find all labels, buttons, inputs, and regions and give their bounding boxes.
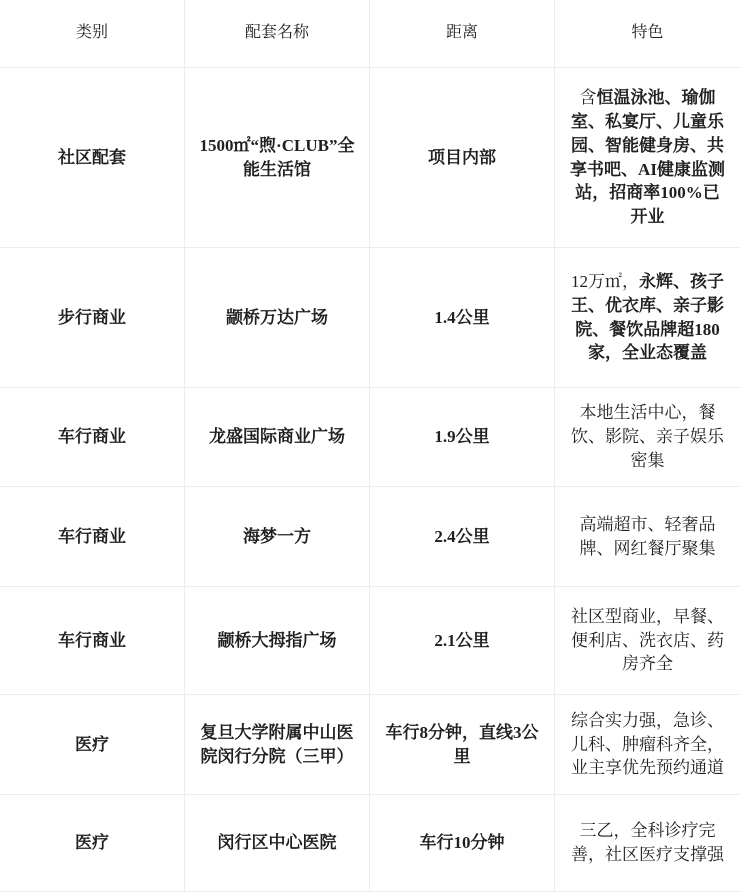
table-row: 医疗 复旦大学附属中山医院闵行分院（三甲） 车行8分钟，直线3公里 综合实力强，… <box>0 695 740 795</box>
category-cell: 车行商业 <box>0 388 185 487</box>
table-row: 医疗 闵行区中心医院 车行10分钟 三乙，全科诊疗完善，社区医疗支撑强 <box>0 795 740 892</box>
table-row: 车行商业 颛桥大拇指广场 2.1公里 社区型商业，早餐、便利店、洗衣店、药房齐全 <box>0 587 740 695</box>
header-distance: 距离 <box>370 0 555 68</box>
feature-text: 本地生活中心，餐饮、影院、亲子娱乐密集 <box>571 403 724 470</box>
table-body: 社区配套 1500㎡“煦·CLUB”全能生活馆 项目内部 含恒温泳池、瑜伽室、私… <box>0 68 740 892</box>
distance-cell: 2.1公里 <box>370 587 555 695</box>
name-cell: 复旦大学附属中山医院闵行分院（三甲） <box>185 695 370 795</box>
table-row: 车行商业 龙盛国际商业广场 1.9公里 本地生活中心，餐饮、影院、亲子娱乐密集 <box>0 388 740 487</box>
category-cell: 医疗 <box>0 695 185 795</box>
table-row: 车行商业 海梦一方 2.4公里 高端超市、轻奢品牌、网红餐厅聚集 <box>0 487 740 587</box>
category-cell: 步行商业 <box>0 248 185 388</box>
distance-cell: 车行10分钟 <box>370 795 555 892</box>
feature-text: 高端超市、轻奢品牌、网红餐厅聚集 <box>580 515 716 558</box>
amenity-table: 类别 配套名称 距离 特色 社区配套 1500㎡“煦·CLUB”全能生活馆 项目… <box>0 0 740 892</box>
feature-cell: 社区型商业，早餐、便利店、洗衣店、药房齐全 <box>555 587 740 695</box>
distance-cell: 1.9公里 <box>370 388 555 487</box>
feature-text: 三乙，全科诊疗完善，社区医疗支撑强 <box>571 821 724 864</box>
feature-highlight: 恒温泳池、瑜伽室、私宴厅、儿童乐园、智能健身房、共享书吧、AI健康监测站，招商率… <box>570 88 725 226</box>
name-cell: 颛桥万达广场 <box>185 248 370 388</box>
table-header: 类别 配套名称 距离 特色 <box>0 0 740 68</box>
category-cell: 车行商业 <box>0 587 185 695</box>
category-cell: 车行商业 <box>0 487 185 587</box>
feature-text: 12万㎡， <box>571 272 639 291</box>
header-feature: 特色 <box>555 0 740 68</box>
header-category: 类别 <box>0 0 185 68</box>
feature-cell: 含恒温泳池、瑜伽室、私宴厅、儿童乐园、智能健身房、共享书吧、AI健康监测站，招商… <box>555 68 740 248</box>
name-cell: 颛桥大拇指广场 <box>185 587 370 695</box>
table-row: 社区配套 1500㎡“煦·CLUB”全能生活馆 项目内部 含恒温泳池、瑜伽室、私… <box>0 68 740 248</box>
distance-cell: 1.4公里 <box>370 248 555 388</box>
feature-cell: 综合实力强，急诊、儿科、肿瘤科齐全，业主享优先预约通道 <box>555 695 740 795</box>
feature-cell: 三乙，全科诊疗完善，社区医疗支撑强 <box>555 795 740 892</box>
category-cell: 医疗 <box>0 795 185 892</box>
name-cell: 1500㎡“煦·CLUB”全能生活馆 <box>185 68 370 248</box>
feature-cell: 本地生活中心，餐饮、影院、亲子娱乐密集 <box>555 388 740 487</box>
name-cell: 闵行区中心医院 <box>185 795 370 892</box>
feature-text: 社区型商业，早餐、便利店、洗衣店、药房齐全 <box>571 607 724 674</box>
category-cell: 社区配套 <box>0 68 185 248</box>
feature-text: 综合实力强，急诊、儿科、肿瘤科齐全，业主享优先预约通道 <box>571 711 724 778</box>
distance-cell: 项目内部 <box>370 68 555 248</box>
feature-cell: 高端超市、轻奢品牌、网红餐厅聚集 <box>555 487 740 587</box>
name-cell: 龙盛国际商业广场 <box>185 388 370 487</box>
header-name: 配套名称 <box>185 0 370 68</box>
table-row: 步行商业 颛桥万达广场 1.4公里 12万㎡，永辉、孩子王、优衣库、亲子影院、餐… <box>0 248 740 388</box>
feature-cell: 12万㎡，永辉、孩子王、优衣库、亲子影院、餐饮品牌超180家，全业态覆盖 <box>555 248 740 388</box>
name-cell: 海梦一方 <box>185 487 370 587</box>
header-row: 类别 配套名称 距离 特色 <box>0 0 740 68</box>
distance-cell: 2.4公里 <box>370 487 555 587</box>
distance-cell: 车行8分钟，直线3公里 <box>370 695 555 795</box>
feature-text: 含 <box>580 88 597 107</box>
